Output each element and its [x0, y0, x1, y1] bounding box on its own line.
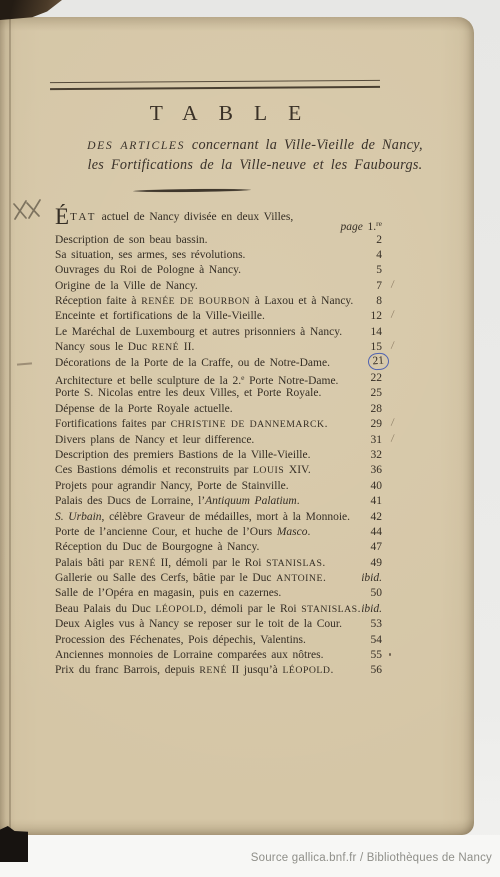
toc-entry-label: Procession des Féchenates, Pois dépechis…	[55, 634, 306, 646]
toc-entry-page: 56	[371, 663, 383, 677]
toc-row: Dépense de la Porte Royale actuelle.28	[55, 402, 382, 417]
toc-entry-label: Deux Aigles vus à Nancy se reposer sur l…	[55, 618, 342, 630]
toc-entry-page: 31	[371, 433, 383, 447]
toc-row: Gallerie ou Salle des Cerfs, bâtie par l…	[55, 571, 382, 586]
toc-entry-label: Enceinte et fortifications de la Ville-V…	[55, 310, 265, 322]
subtitle-line-1: Des Articles concernant la Ville-Vieille…	[45, 136, 465, 156]
toc-entry-label: Sa situation, ses armes, ses révolutions…	[55, 249, 245, 261]
toc-row: Sa situation, ses armes, ses révolutions…	[55, 248, 382, 263]
toc-entry-label: Nancy sous le Duc René II.	[55, 341, 194, 353]
attribution: Source gallica.bnf.fr / Bibliothèques de…	[251, 852, 492, 864]
toc-entry-page: 41	[371, 494, 383, 508]
toc-entry-label: Projets pour agrandir Nancy, Porte de St…	[55, 480, 289, 492]
ornament-divider	[133, 188, 251, 192]
toc-entry-label: Salle de l’Opéra en magasin, puis en caz…	[55, 587, 281, 599]
toc-entry-page: 8	[376, 294, 382, 308]
toc-entry-label: Réception du Duc de Bourgogne à Nancy.	[55, 541, 259, 553]
handwritten-xx-mark	[11, 196, 49, 224]
toc-entry-label: Le Maréchal de Luxembourg et autres pris…	[55, 326, 342, 338]
toc-entry-label: Origine de la Ville de Nancy.	[55, 280, 198, 292]
toc-row: Divers plans de Nancy et leur difference…	[55, 433, 382, 448]
book-page: TABLE Des Articles concernant la Ville-V…	[0, 17, 474, 835]
handwritten-tick-mark: /	[390, 415, 394, 430]
toc-row: Palais bâti par René II, démoli par le R…	[55, 556, 382, 571]
toc-entry-page: 32	[371, 448, 383, 462]
toc-entry-page: 5	[376, 263, 382, 277]
toc-entry-page: 50	[371, 586, 383, 600]
toc-entry-page: 28	[371, 402, 383, 416]
toc-entry-page: 42	[371, 510, 383, 524]
toc-entry-label: Fortifications faites par Christine de D…	[55, 418, 327, 430]
toc-row: Le Maréchal de Luxembourg et autres pris…	[55, 325, 382, 340]
toc-row: Décorations de la Porte de la Craffe, ou…	[55, 356, 382, 371]
toc-row: S. Urbain, célèbre Graveur de médailles,…	[55, 510, 382, 525]
toc-entry-page: 47	[371, 540, 383, 554]
toc-row: État actuel de Nancy divisée en deux Vil…	[55, 210, 382, 233]
toc-entry-page: 40	[371, 479, 383, 493]
toc-entry-label: Décorations de la Porte de la Craffe, ou…	[55, 357, 330, 369]
toc-entry-page: 29	[371, 417, 383, 431]
toc-row: Ces Bastions démolis et reconstruits par…	[55, 463, 382, 478]
toc-entry-label: Porte de l’ancienne Cour, et huche de l’…	[55, 526, 310, 538]
toc-entry-label: Beau Palais du Duc Léopold, démoli par l…	[55, 603, 360, 615]
toc-row: Deux Aigles vus à Nancy se reposer sur l…	[55, 617, 382, 632]
toc-entry-page: 25	[371, 386, 383, 400]
toc-row: Palais des Ducs de Lorraine, l’Antiquum …	[55, 494, 382, 509]
toc-entry-label: Ouvrages du Roi de Pologne à Nancy.	[55, 264, 241, 276]
toc-entry-label: Anciennes monnoies de Lorraine comparées…	[55, 649, 324, 661]
toc-entry-page: 2	[376, 233, 382, 247]
toc-entry-label: Dépense de la Porte Royale actuelle.	[55, 403, 233, 415]
scan-viewport: TABLE Des Articles concernant la Ville-V…	[0, 0, 500, 877]
handwritten-tick-mark: /	[390, 307, 394, 322]
table-of-contents: État actuel de Nancy divisée en deux Vil…	[55, 210, 382, 679]
handwritten-tick-mark: /	[390, 276, 394, 291]
toc-row: Fortifications faites par Christine de D…	[55, 417, 382, 432]
toc-entry-label: Porte S. Nicolas entre les deux Villes, …	[55, 387, 321, 399]
toc-entry-label: État actuel de Nancy divisée en deux Vil…	[55, 211, 293, 223]
toc-entry-label: Divers plans de Nancy et leur difference…	[55, 434, 254, 446]
toc-row: Porte S. Nicolas entre les deux Villes, …	[55, 386, 382, 401]
toc-row: Réception faite à Renée de Bourbon à Lax…	[55, 294, 382, 309]
toc-entry-page: 36	[371, 463, 383, 477]
toc-row: Projets pour agrandir Nancy, Porte de St…	[55, 479, 382, 494]
toc-entry-page: ibid.	[361, 602, 382, 616]
toc-row: Enceinte et fortifications de la Ville-V…	[55, 309, 382, 324]
toc-entry-label: Gallerie ou Salle des Cerfs, bâtie par l…	[55, 572, 326, 584]
toc-entry-label: Ces Bastions démolis et reconstruits par…	[55, 464, 311, 476]
toc-row: Procession des Féchenates, Pois dépechis…	[55, 633, 382, 648]
subtitle: Des Articles concernant la Ville-Vieille…	[45, 136, 465, 175]
toc-row: Salle de l’Opéra en magasin, puis en caz…	[55, 586, 382, 601]
toc-row: Description de son beau bassin.2	[55, 233, 382, 248]
toc-row: Prix du franc Barrois, depuis René II ju…	[55, 663, 382, 678]
toc-row: Nancy sous le Duc René II.15/	[55, 340, 382, 355]
subtitle-line-2: les Fortifications de la Ville-neuve et …	[45, 156, 465, 176]
toc-row: Description des premiers Bastions de la …	[55, 448, 382, 463]
toc-entry-page: 22	[371, 371, 383, 385]
page-title: TABLE	[50, 101, 401, 126]
double-rule	[50, 80, 380, 90]
toc-row: Porte de l’ancienne Cour, et huche de l’…	[55, 525, 382, 540]
handwritten-dot-mark	[389, 653, 392, 656]
handwritten-tick-mark: /	[390, 430, 394, 445]
toc-entry-label: Prix du franc Barrois, depuis René II ju…	[55, 664, 333, 676]
toc-entry-page: 49	[371, 556, 383, 570]
toc-row: Architecture et belle sculpture de la 2.…	[55, 371, 382, 386]
toc-entry-page: 14	[371, 325, 383, 339]
toc-entry-label: Palais bâti par René II, démoli par le R…	[55, 557, 325, 569]
toc-entry-page: ibid.	[361, 571, 382, 585]
toc-entry-label: Description de son beau bassin.	[55, 234, 208, 246]
toc-row: Origine de la Ville de Nancy.7/	[55, 279, 382, 294]
toc-entry-page: 4	[376, 248, 382, 262]
toc-entry-label: S. Urbain, célèbre Graveur de médailles,…	[55, 511, 350, 523]
toc-entry-page: 7	[376, 279, 382, 293]
toc-entry-page: 54	[371, 633, 383, 647]
toc-entry-page: 53	[371, 617, 383, 631]
toc-entry-label: Palais des Ducs de Lorraine, l’Antiquum …	[55, 495, 300, 507]
toc-entry-page: 12	[371, 309, 383, 323]
toc-row: Anciennes monnoies de Lorraine comparées…	[55, 648, 382, 663]
toc-entry-page-circled: 21	[367, 352, 389, 370]
toc-row: Ouvrages du Roi de Pologne à Nancy.5	[55, 263, 382, 278]
toc-entry-label: Architecture et belle sculpture de la 2.…	[55, 375, 338, 387]
toc-entry-page: 55	[371, 648, 383, 662]
toc-entry-label: Description des premiers Bastions de la …	[55, 449, 310, 461]
toc-row: Beau Palais du Duc Léopold, démoli par l…	[55, 602, 382, 617]
toc-entry-page: 44	[371, 525, 383, 539]
handwritten-tick-mark: /	[390, 338, 394, 353]
toc-entry-page: page 1.re	[341, 217, 383, 234]
toc-entry-label: Réception faite à Renée de Bourbon à Lax…	[55, 295, 353, 307]
toc-row: Réception du Duc de Bourgogne à Nancy.47	[55, 540, 382, 555]
